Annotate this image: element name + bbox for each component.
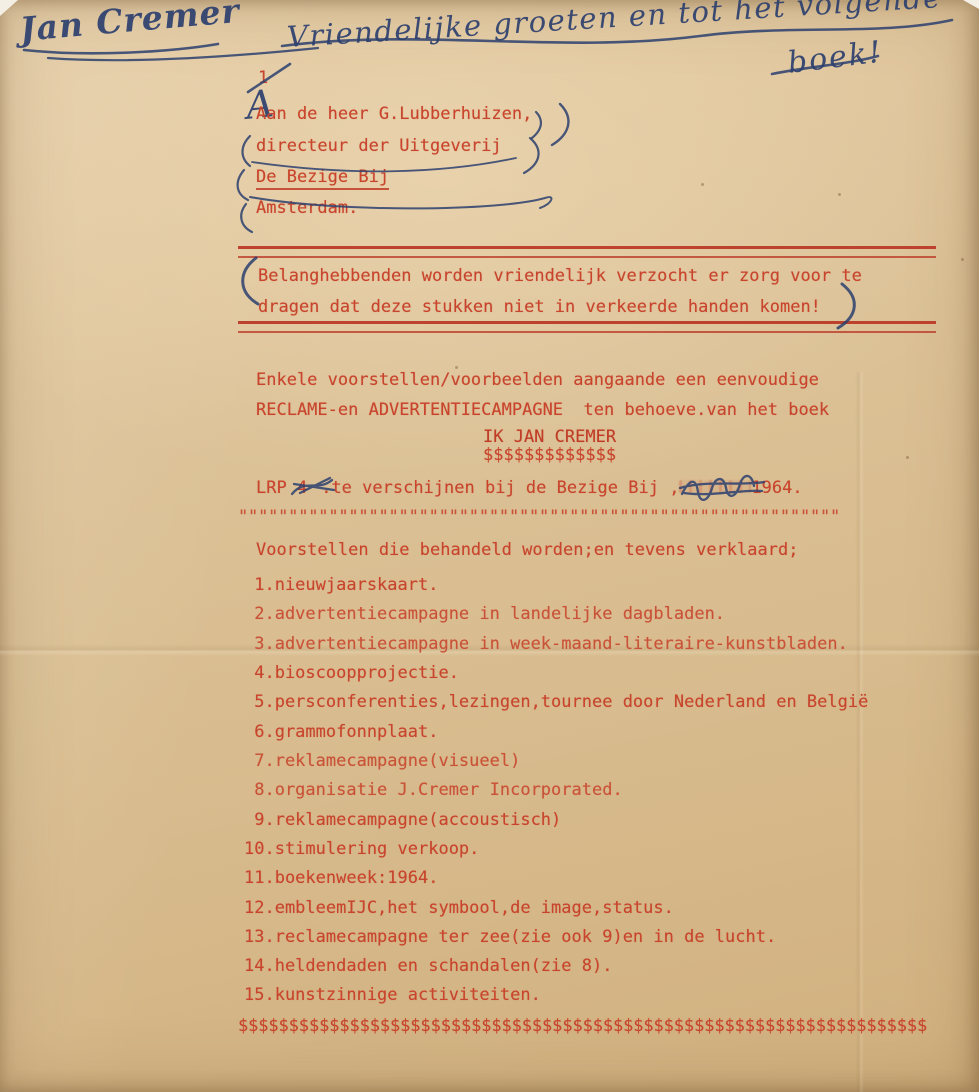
notice-close-paren	[838, 284, 854, 328]
document-page: Jan Cremer Vriendelijke groeten en tot h…	[0, 0, 979, 1092]
ink-comma-mark	[532, 112, 541, 138]
boek-strikethrough	[772, 56, 878, 74]
ink-scribble-date	[680, 476, 764, 500]
open-paren-bezige	[238, 170, 248, 200]
greeting-strikethrough	[282, 20, 952, 46]
ink-overlay	[0, 0, 979, 1092]
open-paren-directeur	[243, 136, 251, 166]
close-paren-directeur	[524, 138, 539, 173]
signature-underline	[24, 44, 218, 53]
open-paren-amsterdam	[241, 204, 252, 232]
ink-scribble-lrp	[292, 478, 334, 494]
ink-arc	[252, 158, 516, 171]
notice-open-paren	[243, 258, 258, 304]
ink-swoosh-bezige	[250, 197, 551, 208]
ink-paren-mark	[552, 104, 568, 145]
page-number-strikethrough	[248, 64, 290, 92]
